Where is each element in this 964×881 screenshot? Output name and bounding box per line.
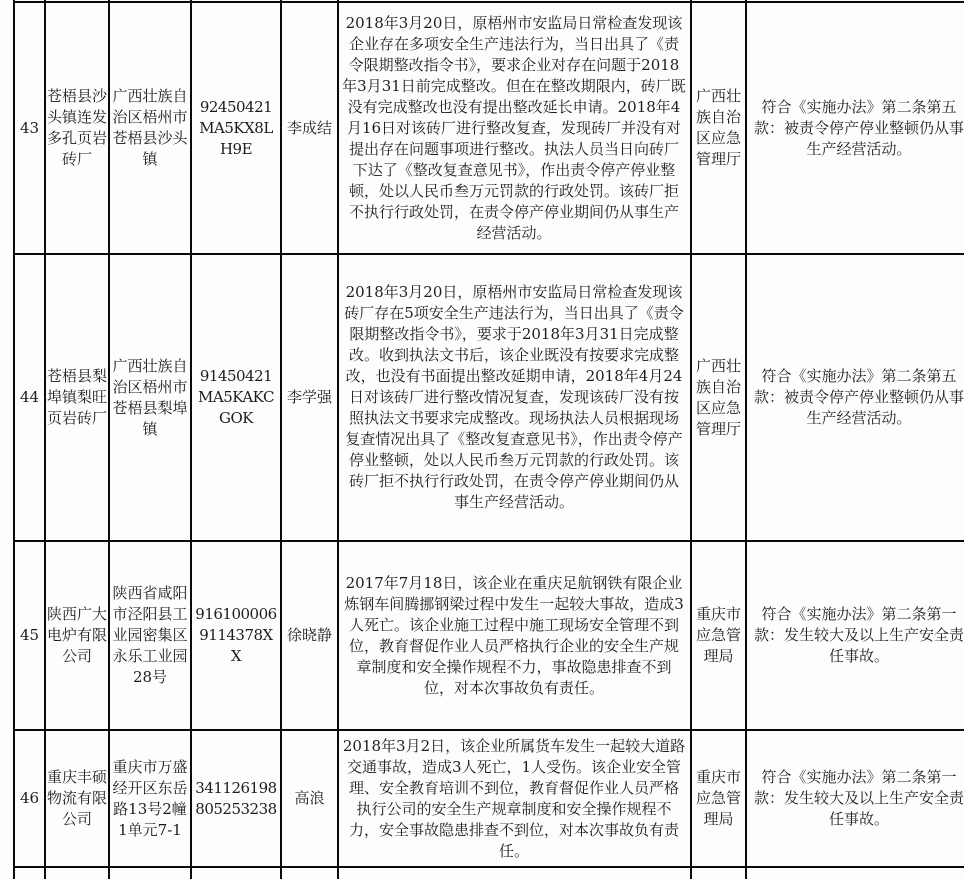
company-cell	[45, 867, 109, 879]
company-cell: 重庆丰硕物流有限公司	[45, 730, 109, 867]
credit-code-cell: 9161000069114378XX	[191, 541, 281, 730]
table-row: 46 重庆丰硕物流有限公司 重庆市万盛经开区东岳路13号2幢1单元7-1 341…	[14, 730, 964, 867]
legal-basis-cell: 符合《实施办法》第二条第一款：发生较大及以上生产安全责任事故。	[746, 730, 964, 867]
row-number-cell: 43	[14, 2, 45, 254]
legal-basis-cell: 符合《实施办法》第二条第五款：被责令停产停业整顿仍从事生产经营活动。	[746, 254, 964, 541]
legal-basis-cell: 符合《实施办法》第二条第一款：发生较大及以上生产安全责任事故。	[746, 541, 964, 730]
document-page: 43 苍梧县沙头镇连发多孔页岩砖厂 广西壮族自治区梧州市苍梧县沙头镇 92450…	[0, 0, 964, 881]
table-row-partial-bottom	[14, 867, 964, 879]
credit-code-cell: 91450421MA5KAKCGOK	[191, 254, 281, 541]
penalty-table: 43 苍梧县沙头镇连发多孔页岩砖厂 广西壮族自治区梧州市苍梧县沙头镇 92450…	[13, 0, 964, 879]
violation-description-cell: 2018年3月20日，原梧州市安监局日常检查发现该企业存在多项安全生产违法行为，…	[338, 2, 691, 254]
address-cell: 广西壮族自治区梧州市苍梧县沙头镇	[109, 2, 191, 254]
person-cell: 李成结	[281, 2, 338, 254]
address-cell: 陕西省咸阳市泾阳县工业园密集区永乐工业园28号	[109, 541, 191, 730]
row-number-cell: 44	[14, 254, 45, 541]
authority-cell: 广西壮族自治区应急管理厅	[691, 254, 746, 541]
company-cell: 陕西广大电炉有限公司	[45, 541, 109, 730]
authority-cell: 广西壮族自治区应急管理厅	[691, 2, 746, 254]
violation-description-cell: 2018年3月20日，原梧州市安监局日常检查发现该砖厂存在5项安全生产违法行为，…	[338, 254, 691, 541]
person-cell: 高浪	[281, 730, 338, 867]
person-cell: 李学强	[281, 254, 338, 541]
credit-code-cell: 341126198805253238	[191, 730, 281, 867]
credit-code-cell	[191, 867, 281, 879]
row-number-cell	[14, 867, 45, 879]
row-number-cell: 45	[14, 541, 45, 730]
table-row: 44 苍梧县梨埠镇梨旺页岩砖厂 广西壮族自治区梧州市苍梧县梨埠镇 9145042…	[14, 254, 964, 541]
credit-code-cell: 92450421MA5KX8LH9E	[191, 2, 281, 254]
table-row: 43 苍梧县沙头镇连发多孔页岩砖厂 广西壮族自治区梧州市苍梧县沙头镇 92450…	[14, 2, 964, 254]
authority-cell: 重庆市应急管理局	[691, 541, 746, 730]
legal-basis-cell: 符合《实施办法》第二条第五款：被责令停产停业整顿仍从事生产经营活动。	[746, 2, 964, 254]
address-cell: 重庆市万盛经开区东岳路13号2幢1单元7-1	[109, 730, 191, 867]
violation-description-cell: 2018年3月2日，该企业所属货车发生一起较大道路交通事故，造成3人死亡，1人受…	[338, 730, 691, 867]
address-cell: 广西壮族自治区梧州市苍梧县梨埠镇	[109, 254, 191, 541]
violation-description-cell	[338, 867, 691, 879]
legal-basis-cell	[746, 867, 964, 879]
authority-cell: 重庆市应急管理局	[691, 730, 746, 867]
person-cell	[281, 867, 338, 879]
address-cell	[109, 867, 191, 879]
person-cell: 徐晓静	[281, 541, 338, 730]
company-cell: 苍梧县梨埠镇梨旺页岩砖厂	[45, 254, 109, 541]
authority-cell	[691, 867, 746, 879]
table-row: 45 陕西广大电炉有限公司 陕西省咸阳市泾阳县工业园密集区永乐工业园28号 91…	[14, 541, 964, 730]
row-number-cell: 46	[14, 730, 45, 867]
company-cell: 苍梧县沙头镇连发多孔页岩砖厂	[45, 2, 109, 254]
violation-description-cell: 2017年7月18日，该企业在重庆足航钢铁有限企业炼钢车间腾挪钢梁过程中发生一起…	[338, 541, 691, 730]
